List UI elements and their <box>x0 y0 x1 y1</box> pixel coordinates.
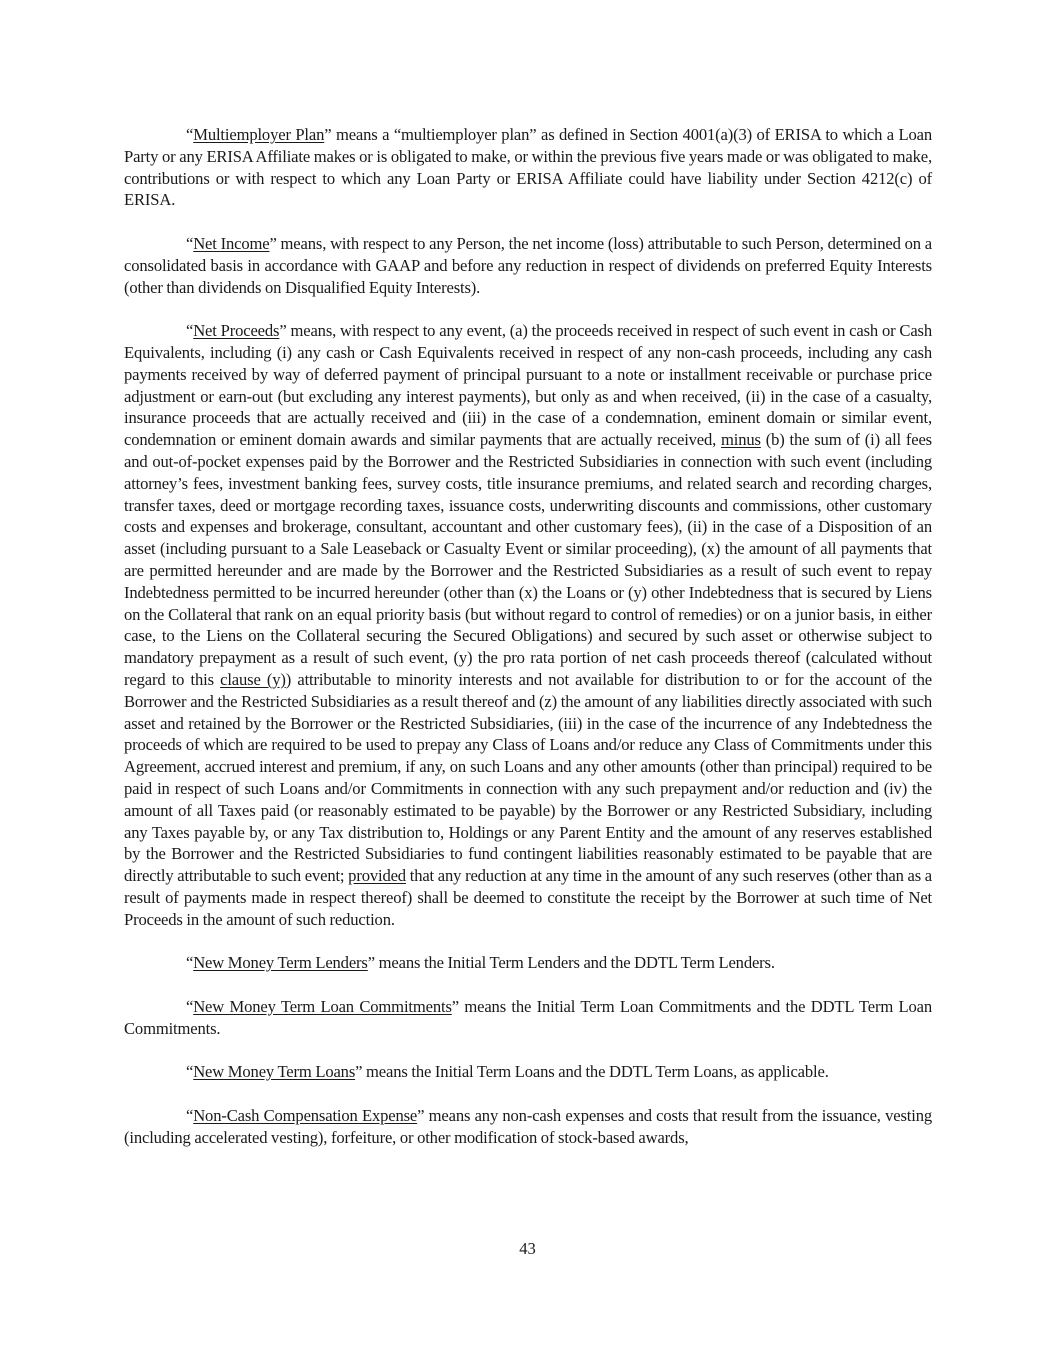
definition-text: ) attributable to minority interests and… <box>124 670 932 885</box>
definition-new-money-term-loans: “New Money Term Loans” means the Initial… <box>124 1061 932 1083</box>
definition-non-cash-compensation-expense: “Non-Cash Compensation Expense” means an… <box>124 1105 932 1149</box>
underlined-clause-y: clause (y) <box>220 670 286 689</box>
defined-term: Net Income <box>193 234 269 253</box>
definition-text: (b) the sum of (i) all fees and out-of-p… <box>124 430 932 689</box>
definition-new-money-term-loan-commitments: “New Money Term Loan Commitments” means … <box>124 996 932 1040</box>
defined-term: Multiemployer Plan <box>193 125 324 144</box>
definition-new-money-term-lenders: “New Money Term Lenders” means the Initi… <box>124 952 932 974</box>
definition-multiemployer-plan: “Multiemployer Plan” means a “multiemplo… <box>124 124 932 211</box>
page-number: 43 <box>0 1238 1055 1260</box>
underlined-word-provided: provided <box>348 866 406 885</box>
defined-term: New Money Term Loan Commitments <box>193 997 452 1016</box>
defined-term: New Money Term Lenders <box>193 953 368 972</box>
definition-text: ” means the Initial Term Lenders and the… <box>368 953 775 972</box>
definition-net-proceeds: “Net Proceeds” means, with respect to an… <box>124 320 932 930</box>
defined-term: Net Proceeds <box>193 321 279 340</box>
document-page: “Multiemployer Plan” means a “multiemplo… <box>124 124 932 1148</box>
definition-text: ” means the Initial Term Loans and the D… <box>355 1062 829 1081</box>
defined-term: Non-Cash Compensation Expense <box>193 1106 417 1125</box>
underlined-word-minus: minus <box>721 430 761 449</box>
definition-net-income: “Net Income” means, with respect to any … <box>124 233 932 298</box>
defined-term: New Money Term Loans <box>193 1062 355 1081</box>
